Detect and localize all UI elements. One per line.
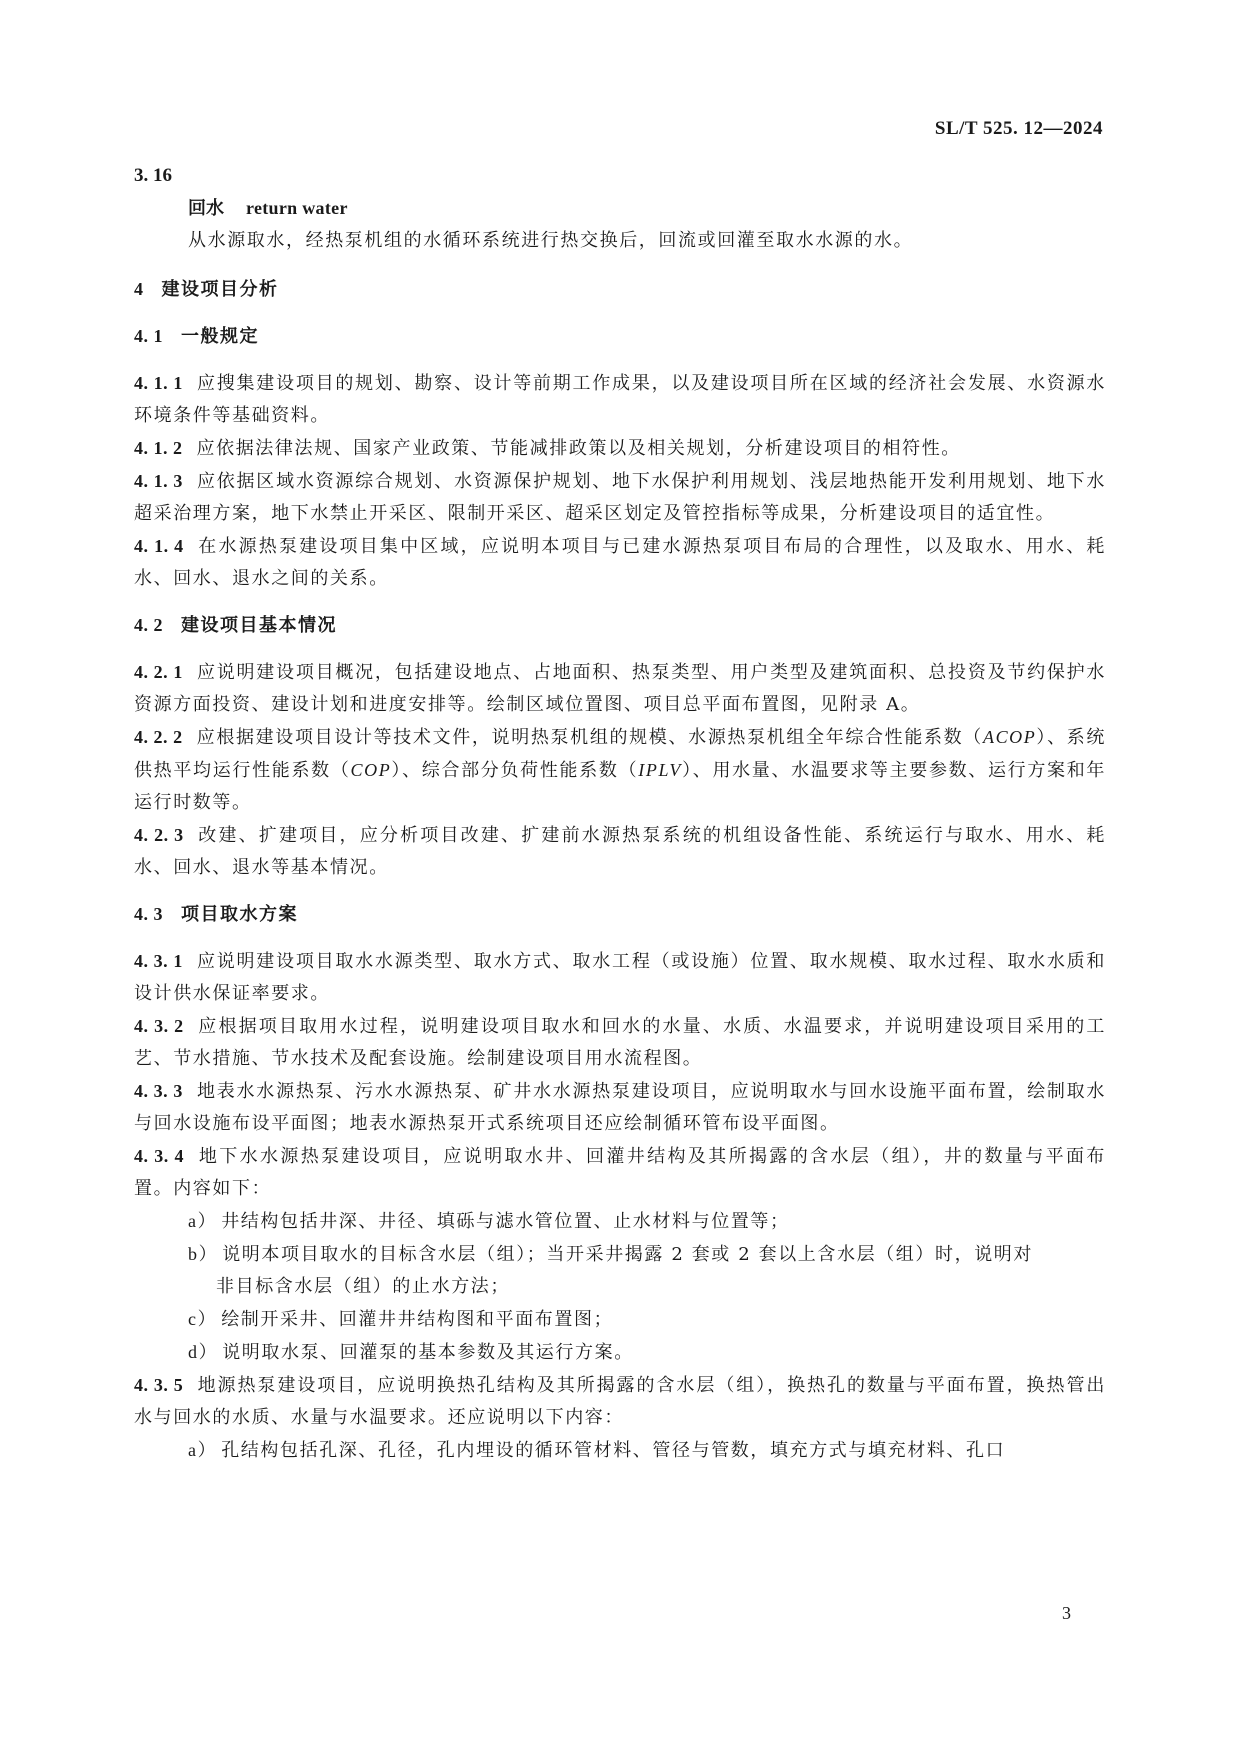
clause-text: 应根据项目取用水过程，说明建设项目取水和回水的水量、水质、水温要求，并说明建设项… bbox=[134, 1016, 1106, 1069]
term-number: 3. 16 bbox=[134, 160, 1106, 192]
chapter-title: 建设项目分析 bbox=[162, 279, 279, 300]
abbr-iplv: IPLV bbox=[638, 760, 682, 780]
term-entry-3-16: 3. 16 回水return water 从水源取水，经热泵机组的水循环系统进行… bbox=[134, 160, 1106, 257]
term-definition: 从水源取水，经热泵机组的水循环系统进行热交换后，回流或回灌至取水水源的水。 bbox=[134, 225, 1106, 257]
list-marker: d） bbox=[188, 1342, 218, 1362]
section-title: 建设项目基本情况 bbox=[181, 615, 337, 636]
term-title: 回水return water bbox=[134, 192, 1106, 225]
clause-number: 4. 2. 2 bbox=[134, 727, 183, 747]
list-item-a: a）孔结构包括孔深、孔径，孔内埋设的循环管材料、管径与管数，填充方式与填充材料、… bbox=[134, 1434, 1106, 1467]
section-heading-4-3: 4. 3项目取水方案 bbox=[134, 898, 1106, 931]
list-item-a: a）井结构包括井深、井径、填砾与滤水管位置、止水材料与位置等； bbox=[134, 1205, 1106, 1238]
list-item-b: b）说明本项目取水的目标含水层（组）；当开采井揭露 2 套或 2 套以上含水层（… bbox=[134, 1238, 1106, 1271]
clause-text-part: ）、综合部分负荷性能系数（ bbox=[391, 760, 638, 781]
clause-4-2-2: 4. 2. 2应根据建设项目设计等技术文件，说明热泵机组的规模、水源热泵机组全年… bbox=[134, 721, 1106, 819]
clause-number: 4. 3. 2 bbox=[134, 1016, 184, 1036]
clause-4-2-3: 4. 2. 3改建、扩建项目，应分析项目改建、扩建前水源热泵系统的机组设备性能、… bbox=[134, 819, 1106, 884]
clause-number: 4. 1. 4 bbox=[134, 536, 184, 556]
list-text: 说明本项目取水的目标含水层（组）；当开采井揭露 2 套或 2 套以上含水层（组）… bbox=[222, 1244, 1033, 1265]
section-heading-4-1: 4. 1一般规定 bbox=[134, 320, 1106, 353]
list-item-c: c）绘制开采井、回灌井井结构图和平面布置图； bbox=[134, 1303, 1106, 1336]
clause-text: 应依据区域水资源综合规划、水资源保护规划、地下水保护利用规划、浅层地热能开发利用… bbox=[134, 471, 1106, 524]
clause-number: 4. 2. 1 bbox=[134, 662, 183, 682]
list-text: 说明取水泵、回灌泵的基本参数及其运行方案。 bbox=[222, 1342, 634, 1363]
clause-number: 4. 1. 1 bbox=[134, 373, 183, 393]
abbr-acop: ACOP bbox=[983, 727, 1036, 747]
list-text: 孔结构包括孔深、孔径，孔内埋设的循环管材料、管径与管数，填充方式与填充材料、孔口 bbox=[221, 1440, 1005, 1461]
chapter-number: 4 bbox=[134, 279, 144, 299]
section-number: 4. 2 bbox=[134, 615, 163, 635]
term-zh: 回水 bbox=[188, 198, 224, 219]
page-content: 3. 16 回水return water 从水源取水，经热泵机组的水循环系统进行… bbox=[134, 160, 1106, 1467]
list-text: 井结构包括井深、井径、填砾与滤水管位置、止水材料与位置等； bbox=[221, 1211, 789, 1232]
section-number: 4. 1 bbox=[134, 326, 163, 346]
clause-text: 在水源热泵建设项目集中区域，应说明本项目与已建水源热泵项目布局的合理性，以及取水… bbox=[134, 536, 1106, 589]
standard-code-header: SL/T 525. 12—2024 bbox=[935, 118, 1103, 140]
clause-number: 4. 1. 2 bbox=[134, 438, 183, 458]
section-title: 项目取水方案 bbox=[181, 904, 298, 925]
clause-4-1-1: 4. 1. 1应搜集建设项目的规划、勘察、设计等前期工作成果，以及建设项目所在区… bbox=[134, 367, 1106, 432]
list-item-b-continuation: 非目标含水层（组）的止水方法； bbox=[134, 1271, 1106, 1303]
clause-4-1-2: 4. 1. 2应依据法律法规、国家产业政策、节能减排政策以及相关规划，分析建设项… bbox=[134, 432, 1106, 465]
section-number: 4. 3 bbox=[134, 904, 163, 924]
list-marker: b） bbox=[188, 1244, 218, 1264]
clause-number: 4. 3. 3 bbox=[134, 1081, 183, 1101]
clause-4-3-2: 4. 3. 2应根据项目取用水过程，说明建设项目取水和回水的水量、水质、水温要求… bbox=[134, 1010, 1106, 1075]
abbr-cop: COP bbox=[351, 760, 392, 780]
clause-text: 改建、扩建项目，应分析项目改建、扩建前水源热泵系统的机组设备性能、系统运行与取水… bbox=[134, 825, 1106, 878]
chapter-heading: 4建设项目分析 bbox=[134, 273, 1106, 306]
section-heading-4-2: 4. 2建设项目基本情况 bbox=[134, 609, 1106, 642]
section-title: 一般规定 bbox=[181, 326, 259, 347]
clause-4-1-4: 4. 1. 4在水源热泵建设项目集中区域，应说明本项目与已建水源热泵项目布局的合… bbox=[134, 530, 1106, 595]
page-number: 3 bbox=[1062, 1603, 1071, 1624]
clause-text: 应依据法律法规、国家产业政策、节能减排政策以及相关规划，分析建设项目的相符性。 bbox=[197, 438, 961, 459]
clause-text: 地源热泵建设项目，应说明换热孔结构及其所揭露的含水层（组），换热孔的数量与平面布… bbox=[134, 1375, 1106, 1428]
list-item-d: d）说明取水泵、回灌泵的基本参数及其运行方案。 bbox=[134, 1336, 1106, 1369]
clause-4-1-3: 4. 1. 3应依据区域水资源综合规划、水资源保护规划、地下水保护利用规划、浅层… bbox=[134, 465, 1106, 530]
list-marker: a） bbox=[188, 1440, 217, 1460]
clause-text-part: 应根据建设项目设计等技术文件，说明热泵机组的规模、水源热泵机组全年综合性能系数（ bbox=[197, 727, 983, 748]
list-marker: a） bbox=[188, 1211, 217, 1231]
clause-text: 应搜集建设项目的规划、勘察、设计等前期工作成果，以及建设项目所在区域的经济社会发… bbox=[134, 373, 1106, 426]
clause-text: 地下水水源热泵建设项目，应说明取水井、回灌井结构及其所揭露的含水层（组），井的数… bbox=[134, 1146, 1106, 1199]
term-en: return water bbox=[246, 198, 348, 218]
clause-4-3-3: 4. 3. 3地表水水源热泵、污水水源热泵、矿井水水源热泵建设项目，应说明取水与… bbox=[134, 1075, 1106, 1140]
clause-number: 4. 3. 1 bbox=[134, 951, 183, 971]
clause-number: 4. 3. 5 bbox=[134, 1375, 183, 1395]
list-text: 绘制开采井、回灌井井结构图和平面布置图； bbox=[221, 1309, 613, 1330]
clause-text: 应说明建设项目概况，包括建设地点、占地面积、热泵类型、用户类型及建筑面积、总投资… bbox=[134, 662, 1106, 715]
clause-number: 4. 1. 3 bbox=[134, 471, 183, 491]
clause-4-2-1: 4. 2. 1应说明建设项目概况，包括建设地点、占地面积、热泵类型、用户类型及建… bbox=[134, 656, 1106, 721]
clause-text: 应说明建设项目取水水源类型、取水方式、取水工程（或设施）位置、取水规模、取水过程… bbox=[134, 951, 1106, 1004]
clause-text: 地表水水源热泵、污水水源热泵、矿井水水源热泵建设项目，应说明取水与回水设施平面布… bbox=[134, 1081, 1106, 1134]
list-marker: c） bbox=[188, 1309, 217, 1329]
document-page: SL/T 525. 12—2024 3. 16 回水return water 从… bbox=[0, 0, 1241, 1754]
clause-number: 4. 2. 3 bbox=[134, 825, 184, 845]
clause-number: 4. 3. 4 bbox=[134, 1146, 184, 1166]
clause-4-3-4: 4. 3. 4地下水水源热泵建设项目，应说明取水井、回灌井结构及其所揭露的含水层… bbox=[134, 1140, 1106, 1205]
clause-4-3-1: 4. 3. 1应说明建设项目取水水源类型、取水方式、取水工程（或设施）位置、取水… bbox=[134, 945, 1106, 1010]
clause-4-3-5: 4. 3. 5地源热泵建设项目，应说明换热孔结构及其所揭露的含水层（组），换热孔… bbox=[134, 1369, 1106, 1434]
